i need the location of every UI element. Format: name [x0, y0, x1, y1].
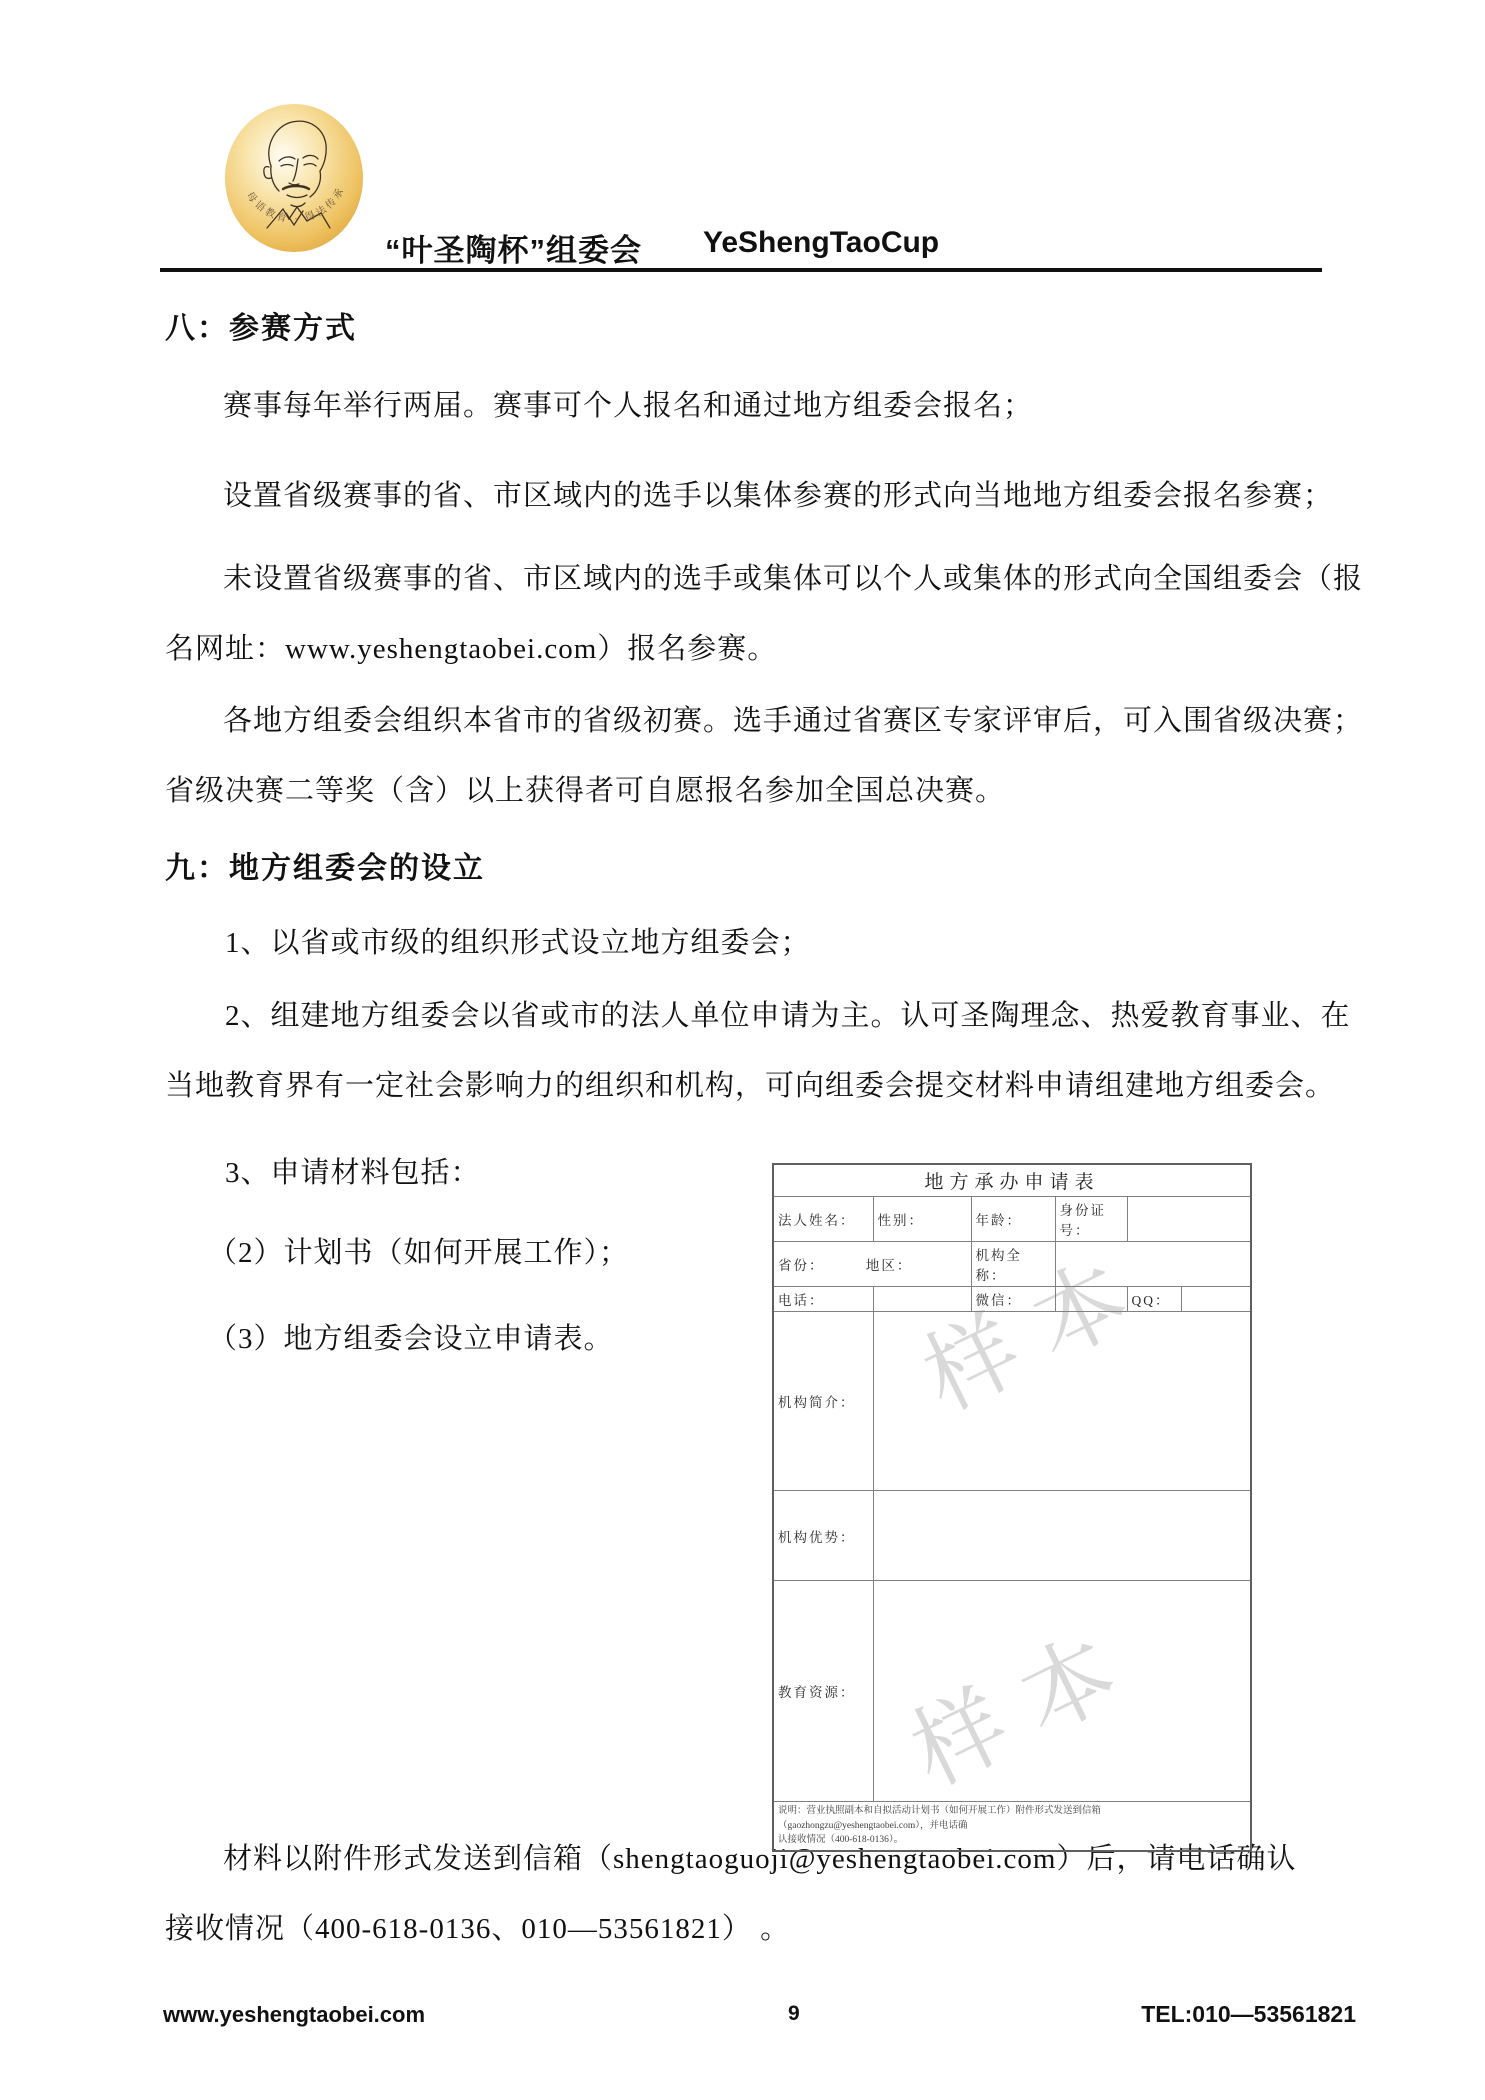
form-label-legal-name: 法人姓名：: [773, 1197, 873, 1242]
s8-line-4: 名网址：www.yeshengtaobei.com）报名参赛。: [165, 626, 777, 667]
s8-line-2: 设置省级赛事的省、市区域内的选手以集体参赛的形式向当地地方组委会报名参赛；: [223, 473, 1333, 514]
form-cell-empty: [1055, 1287, 1127, 1312]
org-name-cn: “叶圣陶杯”组委会: [385, 225, 642, 270]
org-name-en: YeShengTaoCup: [703, 226, 939, 260]
footer-page-number: 9: [788, 2002, 800, 2026]
s9-line-3: 当地教育界有一定社会影响力的组织和机构，可向组委会提交材料申请组建地方组委会。: [165, 1063, 1335, 1104]
form-label-id-number: 身份证号：: [1055, 1197, 1127, 1242]
form-cell-empty: [1127, 1197, 1251, 1242]
form-cell-empty: [1181, 1287, 1251, 1312]
form-cell-edu-resources: [873, 1581, 1251, 1802]
form-cell-empty: [1055, 1242, 1251, 1287]
s8-line-6: 省级决赛二等奖（含）以上获得者可自愿报名参加全国总决赛。: [165, 768, 1005, 809]
section-8-heading: 八：参赛方式: [165, 303, 357, 347]
form-label-province: 省份：: [778, 1258, 825, 1273]
s9-line-5: （2）计划书（如何开展工作）；: [208, 1230, 629, 1271]
form-label-org-full-name: 机构全称：: [971, 1242, 1055, 1287]
application-form-table: 地方承办申请表 法人姓名： 性别： 年龄： 身份证号： 省份： 地区： 机构全称…: [772, 1163, 1252, 1852]
form-label-qq: QQ：: [1127, 1287, 1181, 1312]
form-label-age: 年龄：: [971, 1197, 1055, 1242]
footer-website: www.yeshengtaobei.com: [163, 2002, 425, 2028]
form-title: 地方承办申请表: [773, 1164, 1251, 1197]
form-cell-empty: [873, 1287, 971, 1312]
s9-line-1: 1、以省或市级的组织形式设立地方组委会；: [225, 920, 811, 961]
yeshengtao-logo: 母语教育 · 得法传承: [223, 100, 365, 254]
section-9-heading: 九：地方组委会的设立: [165, 843, 485, 887]
s8-line-3: 未设置省级赛事的省、市区域内的选手或集体可以个人或集体的形式向全国组委会（报: [223, 556, 1363, 597]
form-note-line-2: 认接收情况（400-618-0136）。: [778, 1833, 1246, 1848]
form-label-org-intro: 机构简介：: [773, 1312, 873, 1491]
form-label-org-advantage: 机构优势：: [773, 1491, 873, 1581]
form-note-line-1: 说明：营业执照副本和自拟活动计划书（如何开展工作）附件形式发送到信箱（gaozh…: [778, 1804, 1246, 1833]
form-cell-org-intro: [873, 1312, 1251, 1491]
form-note-cell: 说明：营业执照副本和自拟活动计划书（如何开展工作）附件形式发送到信箱（gaozh…: [773, 1802, 1251, 1852]
form-label-wechat: 微信：: [971, 1287, 1055, 1312]
logo-medallion-icon: 母语教育 · 得法传承: [223, 100, 365, 254]
form-label-edu-resources: 教育资源：: [773, 1581, 873, 1802]
form-cell-org-advantage: [873, 1491, 1251, 1581]
form-label-gender: 性别：: [873, 1197, 971, 1242]
form-label-phone: 电话：: [773, 1287, 873, 1312]
s8-line-1: 赛事每年举行两届。赛事可个人报名和通过地方组委会报名；: [223, 383, 1033, 424]
s9-line-2: 2、组建地方组委会以省或市的法人单位申请为主。认可圣陶理念、热爱教育事业、在: [225, 993, 1351, 1034]
s9-line-4: 3、申请材料包括：: [225, 1150, 481, 1191]
s8-line-5: 各地方组委会组织本省市的省级初赛。选手通过省赛区专家评审后，可入围省级决赛；: [223, 698, 1363, 739]
application-form: 地方承办申请表 法人姓名： 性别： 年龄： 身份证号： 省份： 地区： 机构全称…: [772, 1163, 1252, 1852]
document-page: 母语教育 · 得法传承 “叶圣陶杯”组委会 YeShengTaoCup 八：参赛…: [0, 0, 1485, 2100]
form-cell-province-region: 省份： 地区：: [773, 1242, 971, 1287]
closing-line-2: 接收情况（400-618-0136、010—53561821） 。: [165, 1906, 790, 1947]
form-label-region: 地区：: [866, 1258, 913, 1273]
s9-line-6: （3）地方组委会设立申请表。: [208, 1316, 614, 1357]
footer-tel: TEL:010—53561821: [1141, 2001, 1356, 2028]
header-rule: [160, 268, 1322, 272]
